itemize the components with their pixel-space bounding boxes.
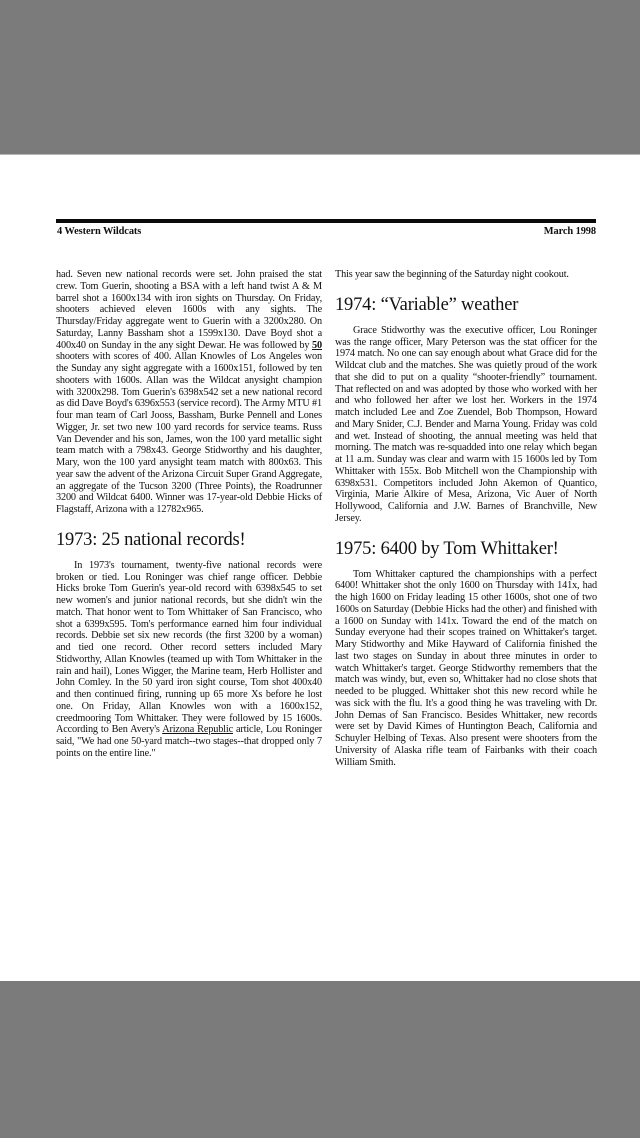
paragraph-1975: Tom Whittaker captured the championships… bbox=[335, 569, 597, 769]
document-page: 4 Western Wildcats March 1998 had. Seven… bbox=[0, 155, 640, 981]
paragraph-1973: In 1973's tournament, twenty-five nation… bbox=[56, 560, 322, 760]
running-header: 4 Western Wildcats March 1998 bbox=[57, 226, 596, 237]
paragraph-1974: Grace Stidworthy was the executive offic… bbox=[335, 325, 597, 525]
publication-title: Arizona Republic bbox=[162, 724, 233, 735]
header-date: March 1998 bbox=[544, 226, 596, 237]
left-column: had. Seven new national records were set… bbox=[56, 269, 322, 760]
right-column: This year saw the beginning of the Satur… bbox=[335, 269, 597, 768]
paragraph-1972-continued: had. Seven new national records were set… bbox=[56, 269, 322, 516]
section-heading-1975: 1975: 6400 by Tom Whittaker! bbox=[335, 539, 597, 559]
header-rule bbox=[56, 219, 596, 223]
paragraph-1973-cookout: This year saw the beginning of the Satur… bbox=[335, 269, 597, 281]
section-heading-1973: 1973: 25 national records! bbox=[56, 530, 322, 550]
emphasized-number: 50 bbox=[312, 340, 322, 351]
header-publication: 4 Western Wildcats bbox=[57, 226, 141, 237]
section-heading-1974: 1974: “Variable” weather bbox=[335, 295, 597, 315]
